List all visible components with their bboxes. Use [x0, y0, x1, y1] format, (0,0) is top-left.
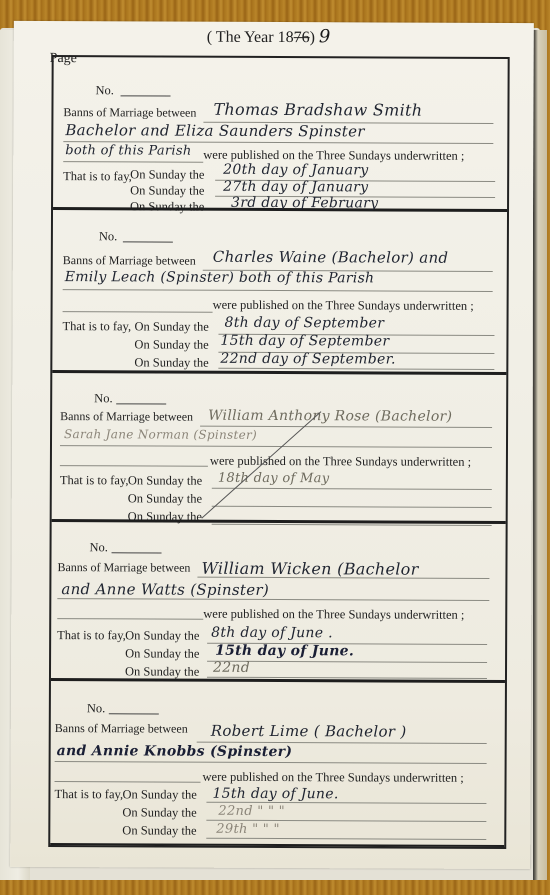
sunday-1-label: On Sunday the [130, 167, 204, 182]
sunday-1-date: 18th day of May [218, 471, 330, 486]
sunday-2-label: On Sunday the [122, 805, 196, 820]
sunday-2-label: On Sunday the [128, 491, 202, 506]
no-field-line [116, 403, 166, 404]
rule [63, 161, 203, 163]
banns-entry-2: No. Banns of Marriage between Charles Wa… [52, 217, 507, 375]
banns-entry-3: No. Banns of Marriage between William An… [52, 379, 507, 524]
banns-label: Banns of Marriage between [63, 105, 196, 121]
sunday-3-label: On Sunday the [122, 823, 196, 838]
that-is-to-say-label: That is to fay, [62, 319, 131, 334]
names-line-2: Bachelor and Eliza Saunders Spinster [65, 121, 364, 140]
sunday-2-date: 22nd " " " [218, 804, 285, 819]
no-field-line [109, 713, 159, 714]
no-field-line [121, 95, 171, 96]
names-line-3: both of this Parish [65, 143, 191, 159]
sunday-1-label: On Sunday the [125, 628, 199, 643]
sunday-2-label: On Sunday the [134, 337, 208, 352]
rule [63, 289, 493, 292]
sunday-3-label: On Sunday the [125, 664, 199, 679]
that-is-to-say-label: That is to fay, [54, 787, 123, 802]
names-line-2: Emily Leach (Spinster) both of this Pari… [65, 269, 375, 286]
names-line-2: Sarah Jane Norman (Spinster) [64, 427, 257, 442]
sunday-2-date: 15th day of September [220, 333, 389, 350]
published-label: were published on the Three Sundays unde… [213, 298, 474, 314]
no-label: No. [90, 540, 108, 555]
sunday-3-date: 22nd day of September. [220, 351, 396, 368]
year-prefix: ( The Year 18 [207, 29, 294, 46]
banns-entry-5: No. Banns of Marriage between Robert Lim… [50, 687, 505, 847]
sunday-1-date: 8th day of September [224, 315, 384, 332]
sunday-1-label: On Sunday the [134, 319, 208, 334]
names-line-1: Thomas Bradshaw Smith [213, 100, 422, 120]
sunday-3-date: 29th " " " [216, 822, 280, 837]
published-label: were published on the Three Sundays unde… [203, 770, 464, 786]
rule [212, 524, 492, 526]
sunday-3-label: On Sunday the [130, 199, 204, 214]
rule [212, 506, 492, 508]
rule [212, 488, 492, 490]
sunday-3-label: On Sunday the [134, 355, 208, 370]
rule [63, 311, 213, 313]
rule [60, 445, 492, 448]
banns-label: Banns of Marriage between [57, 560, 190, 576]
no-field-line [112, 552, 162, 553]
rule [55, 761, 487, 764]
banns-entries-frame: No. Banns of Marriage between Thomas Bra… [48, 55, 509, 849]
sunday-1-date: 15th day of June. [212, 786, 338, 803]
banns-label: Banns of Marriage between [55, 721, 188, 737]
published-label: were published on the Three Sundays unde… [203, 607, 464, 623]
sunday-1-label: On Sunday the [128, 473, 202, 488]
names-line-1: William Wicken (Bachelor [201, 559, 418, 579]
rule [207, 677, 487, 679]
that-is-to-say-label: That is to fay, [57, 628, 126, 643]
rule [57, 598, 489, 601]
no-field-line [123, 241, 173, 242]
that-is-to-say-label: That is to fay, [60, 473, 129, 488]
rule [55, 781, 201, 783]
that-is-to-say-label: That is to fay, [63, 169, 132, 184]
names-line-1: William Anthony Rose (Bachelor) [208, 408, 452, 425]
banns-entry-1: No. Banns of Marriage between Thomas Bra… [53, 57, 508, 212]
sunday-2-label: On Sunday the [130, 183, 204, 198]
sunday-3-label: On Sunday the [128, 509, 202, 524]
names-line-1: Robert Lime ( Bachelor ) [211, 722, 407, 741]
rule [60, 465, 208, 467]
rule [206, 838, 486, 840]
book-spine-edge [533, 30, 547, 880]
year-crossed-digits: 76 [294, 29, 310, 46]
sunday-2-label: On Sunday the [125, 646, 199, 661]
names-line-2: and Anne Watts (Spinster) [61, 580, 269, 599]
sunday-1-date: 8th day of June . [211, 625, 333, 642]
banns-entry-4: No. Banns of Marriage between William Wi… [51, 528, 506, 683]
sunday-3-date: 3rd day of February [231, 195, 378, 212]
sunday-1-label: On Sunday the [122, 787, 196, 802]
sunday-1-date: 20th day of January [223, 162, 368, 179]
no-label: No. [94, 391, 112, 406]
names-line-1: Charles Waine (Bachelor) and [213, 248, 449, 267]
register-page: ( The Year 1876) 9 Page No. Banns of Mar… [10, 21, 534, 869]
year-handwritten-digit: 9 [319, 26, 331, 47]
banns-label: Banns of Marriage between [60, 409, 193, 425]
banns-label: Banns of Marriage between [63, 253, 196, 269]
rule [57, 618, 203, 620]
no-label: No. [96, 83, 114, 98]
no-label: No. [99, 229, 117, 244]
rule [218, 368, 494, 370]
published-label: were published on the Three Sundays unde… [210, 454, 471, 470]
year-heading: ( The Year 1876) 9 [207, 26, 331, 48]
sunday-2-date: 27th day of January [223, 179, 368, 196]
names-line-2: and Annie Knobbs (Spinster) [57, 743, 293, 760]
no-label: No. [87, 701, 105, 716]
sunday-3-date: 22nd [213, 660, 250, 676]
year-suffix: ) [310, 29, 315, 46]
sunday-2-date: 15th day of June. [215, 643, 354, 660]
